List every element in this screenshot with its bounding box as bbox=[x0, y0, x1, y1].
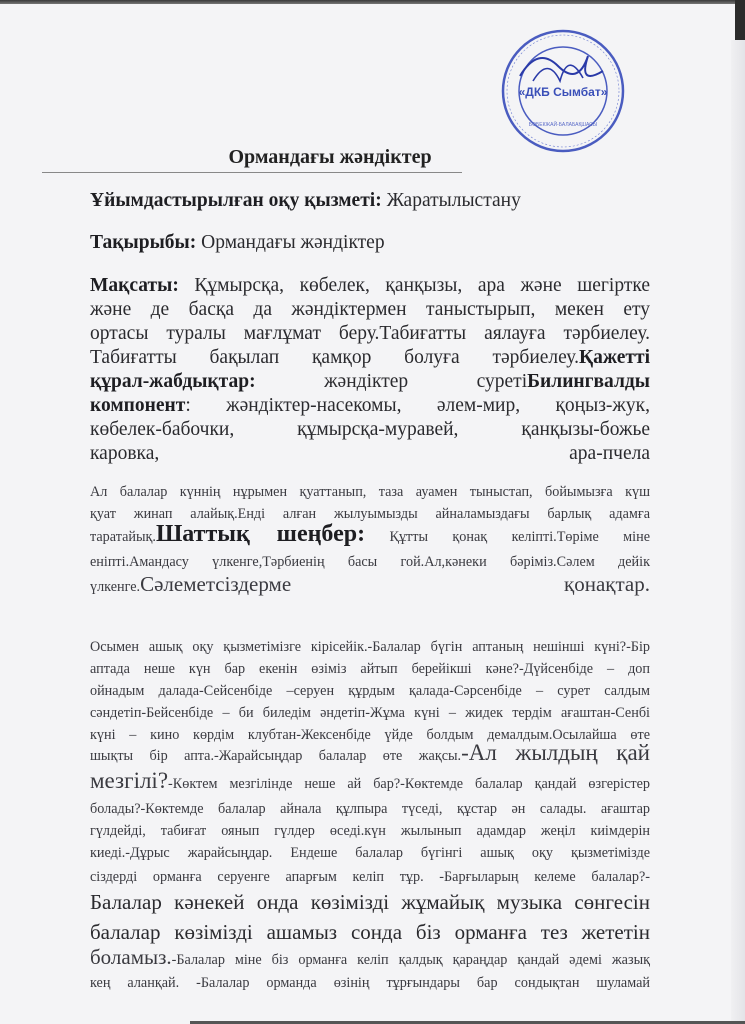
p2-line-8: болады?-Көктемде балалар айнала құлпыра … bbox=[90, 798, 650, 820]
bilingual-line-3: каровка, ара-пчела bbox=[90, 442, 650, 466]
season-question: -Ал жылдың қай bbox=[461, 740, 650, 765]
p2-line-7: мезгілі?-Көктем мезгілінде неше ай бар?-… bbox=[90, 770, 650, 795]
bilingual-line-1: компонент: жәндіктер-насекомы, әлем-мир,… bbox=[90, 394, 650, 418]
activity-value: Жаратылыстану bbox=[387, 190, 521, 211]
svg-text:«ДКБ Сымбат»: «ДКБ Сымбат» bbox=[519, 85, 608, 99]
svg-text:БӨБЕКЖАЙ-БАЛАБАҚШАСЫ: БӨБЕКЖАЙ-БАЛАБАҚШАСЫ bbox=[529, 120, 598, 128]
activity-label: Ұйымдастырылған оқу қызметі: bbox=[90, 190, 382, 211]
p2-line-4: сәндетіп-Бейсенбіде – би биледім әндетіп… bbox=[90, 702, 650, 724]
topic-label: Тақырыбы: bbox=[90, 232, 196, 253]
p2-line-9: гүлдейді, табиғат оянып гүлдер өседі.күн… bbox=[90, 820, 650, 842]
title-underline bbox=[42, 172, 462, 173]
p1-line-5: үлкенге.Сәлеметсіздерме қонақтар. bbox=[90, 573, 650, 598]
topic-value: Ормандағы жәндіктер bbox=[201, 232, 384, 253]
goal-line-3: ортасы туралы мағлұмат беру.Табиғатты ая… bbox=[90, 322, 650, 346]
bilingual-line-2: көбелек-бабочки, құмырсқа-муравей, қанқы… bbox=[90, 418, 650, 442]
large-line-2: балалар көзімізді ашамыз сонда біз орман… bbox=[90, 918, 650, 946]
bleed-through-text bbox=[95, 119, 345, 133]
official-stamp-icon: «ДКБ Сымбат» БӨБЕКЖАЙ-БАЛАБАҚШАСЫ bbox=[498, 26, 628, 156]
goal-line-4: Табиғатты бақылап қамқор болуға тәрбиеле… bbox=[90, 346, 650, 370]
p1-line-3: таратайық.Шаттық шеңбер: Құтты қонақ кел… bbox=[90, 523, 650, 548]
document-page: «ДКБ Сымбат» БӨБЕКЖАЙ-БАЛАБАҚШАСЫ Орманд… bbox=[0, 0, 735, 1024]
equipment-value: жәндіктер суреті bbox=[324, 371, 527, 392]
equipment-line: құрал-жабдықтар: жәндіктер суретіБилингв… bbox=[90, 370, 650, 394]
p1-line-1: Ал балалар күннің нұрымен қуаттанып, таз… bbox=[90, 481, 650, 503]
goal-line-2: және де басқа да жәндіктермен таныстырып… bbox=[90, 298, 650, 322]
page-title: Ормандағы жәндіктер bbox=[0, 146, 660, 169]
p2-line-10: киеді.-Дұрыс жарайсыңдар. Ендеше балалар… bbox=[90, 842, 650, 864]
activity-line: Ұйымдастырылған оқу қызметі: Жаратылыста… bbox=[90, 190, 650, 212]
large-line-1: Балалар кәнекей онда көзімізді жұмайық м… bbox=[90, 888, 650, 916]
closing-line: кең аланқай. -Балалар орманда өзінің тұр… bbox=[90, 972, 650, 994]
p2-line-3: ойнадым далада-Сейсенбіде –серуен құрдым… bbox=[90, 680, 650, 702]
p2-line-6: шықты бір апта.-Жарайсыңдар балалар өте … bbox=[90, 742, 650, 767]
large-line-3: боламыз.-Балалар міне біз орманға келіп … bbox=[90, 946, 650, 971]
bilingual-label-part: Билингвалды bbox=[527, 371, 650, 392]
topic-line: Тақырыбы: Ормандағы жәндіктер bbox=[90, 232, 650, 254]
p2-line-2: аптада неше күн бар екенін өзіміз айтып … bbox=[90, 658, 650, 680]
p2-line-11: сіздерді орманға серуенге апарғым келіп … bbox=[90, 866, 650, 888]
goal-label: Мақсаты: bbox=[90, 275, 179, 296]
goal-line-1: Мақсаты: Құмырсқа, көбелек, қанқызы, ара… bbox=[90, 274, 650, 298]
p2-line-1: Осымен ашық оқу қызметімізге кірісейік.-… bbox=[90, 636, 650, 658]
greeting: Сәлеметсіздерме қонақтар. bbox=[140, 572, 650, 596]
equipment-label-part: Қажетті bbox=[579, 347, 650, 368]
p1-line-4: еніпті.Амандасу үлкенге,Тәрбиенің басы г… bbox=[90, 551, 650, 573]
circle-label: Шаттық шеңбер: bbox=[156, 521, 365, 547]
